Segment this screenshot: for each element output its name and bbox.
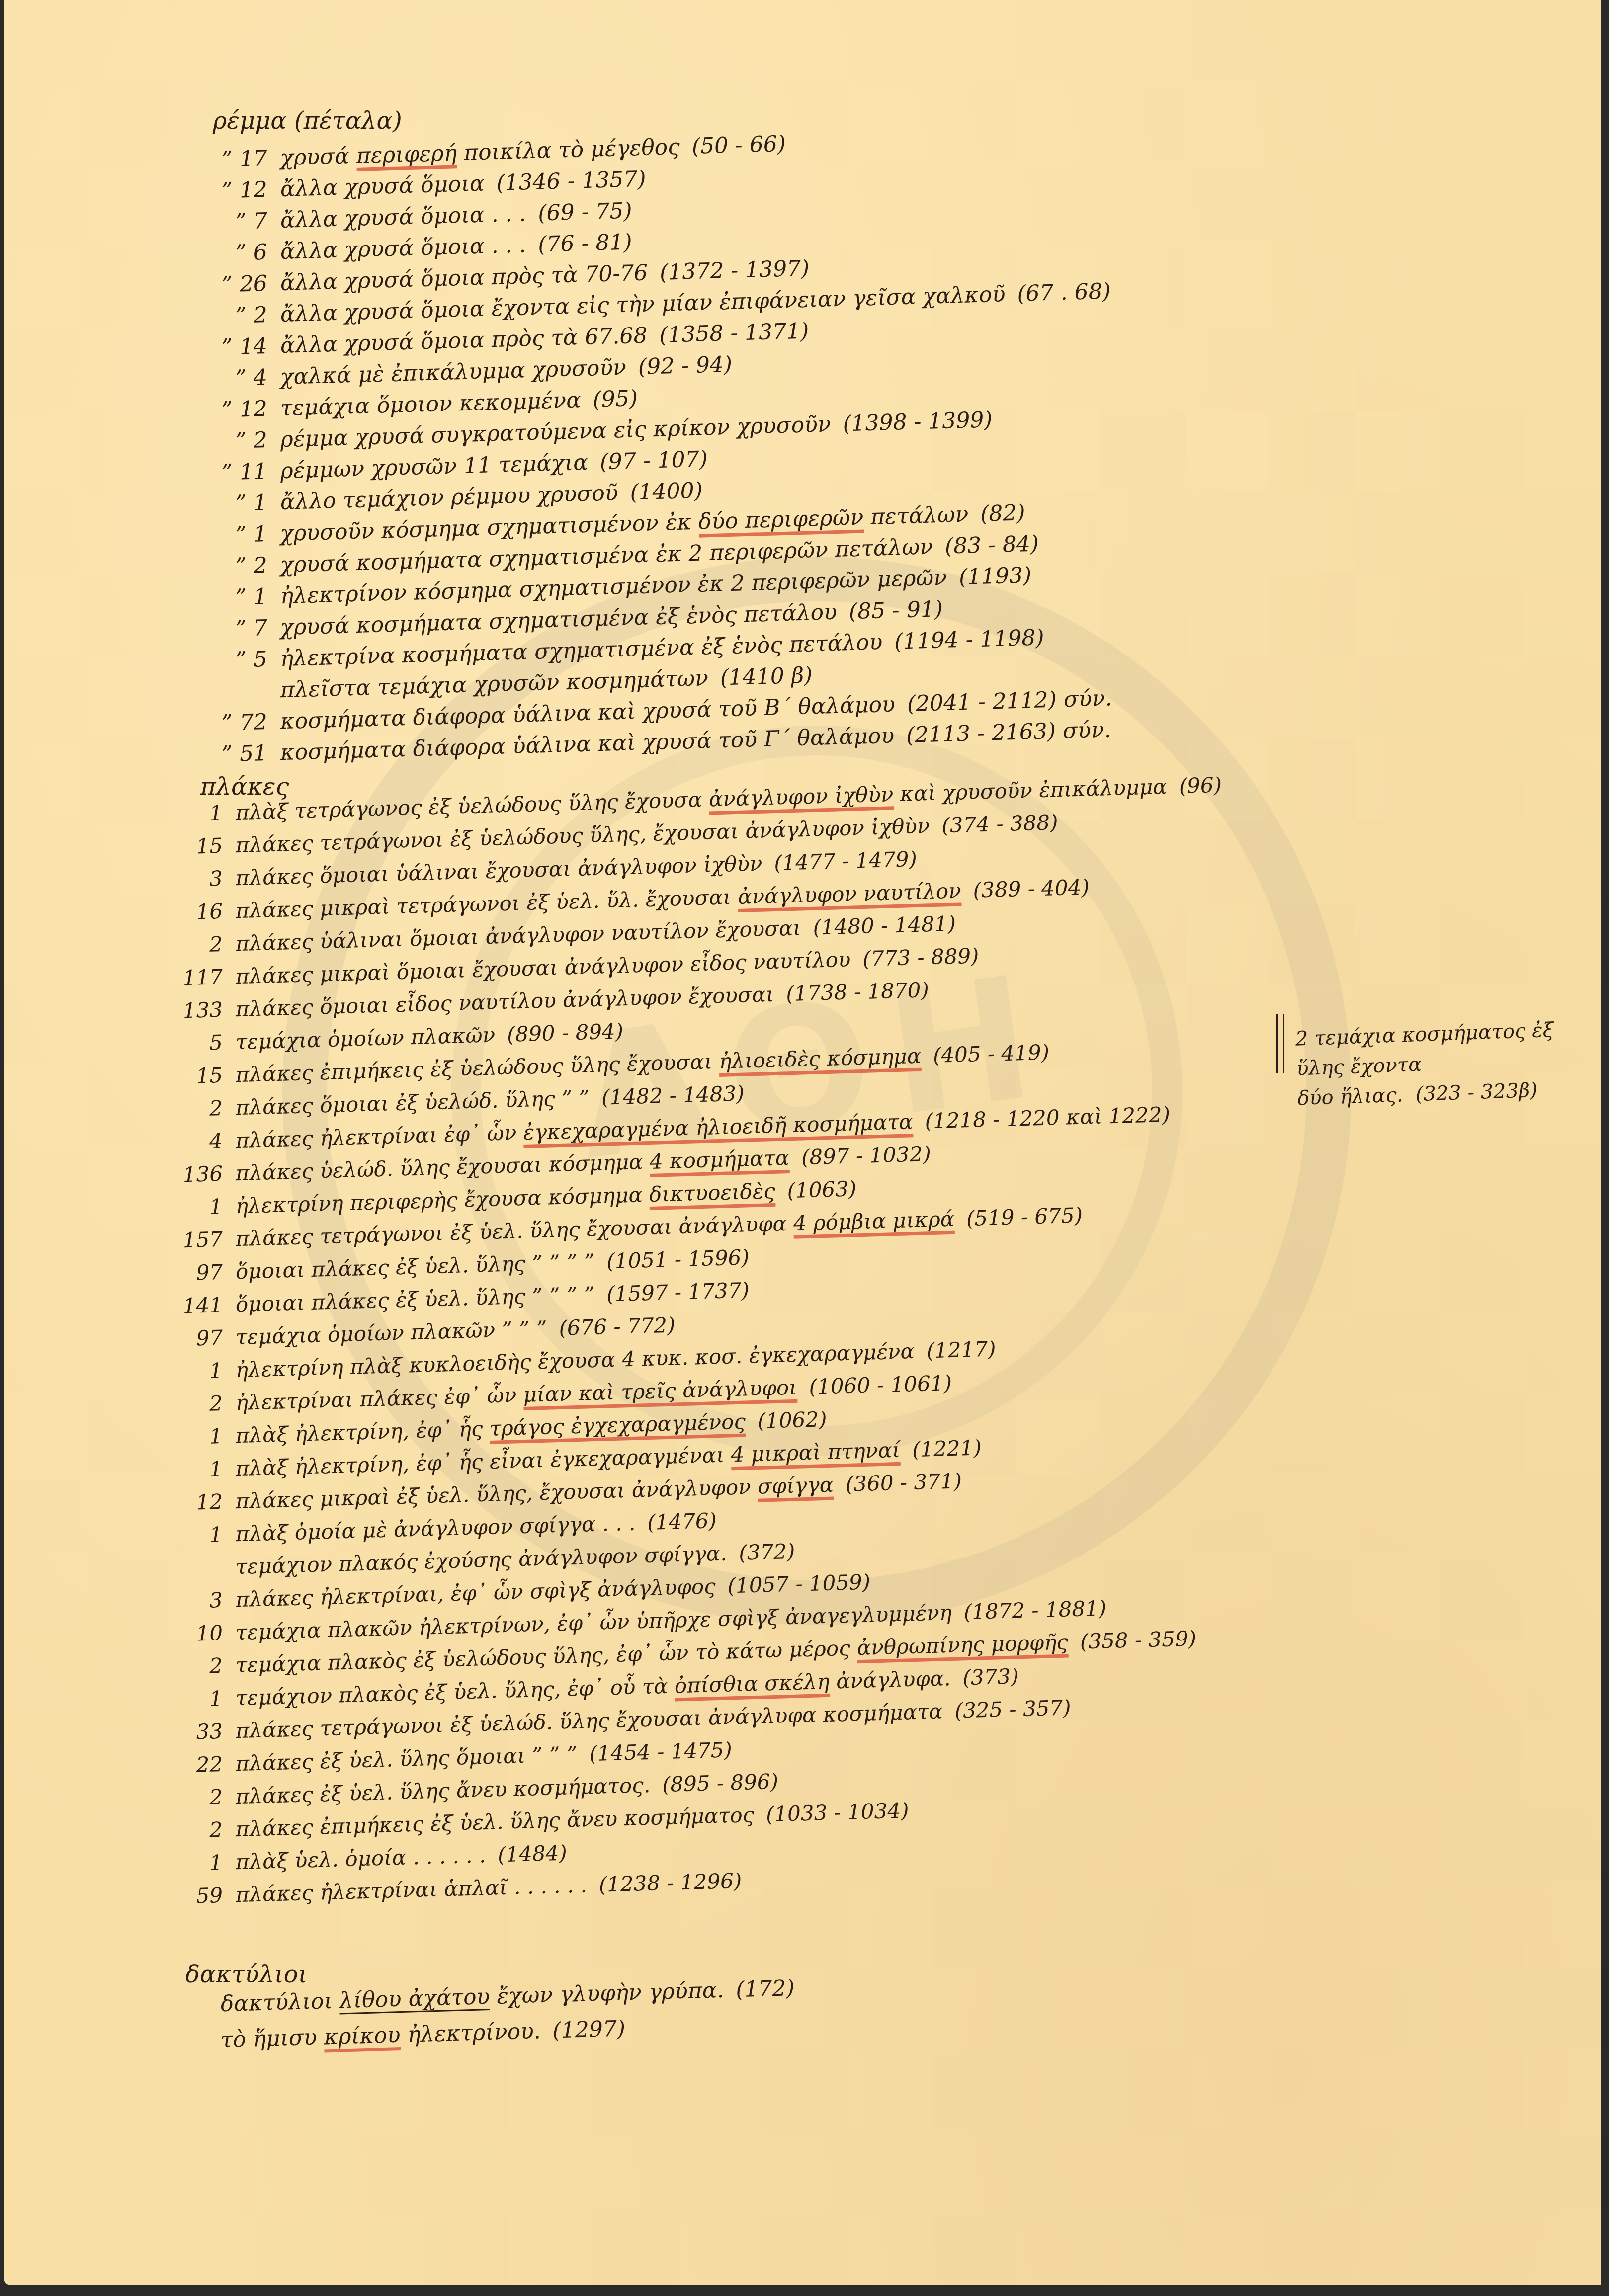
item-count: 2 <box>168 1098 223 1120</box>
list-item: ” 6ἄλλα χρυσά ὅμοια . . .(76 - 81) <box>212 231 632 265</box>
item-description: πλάκες ἐπιμήκεις ἐξ ὑελ. ὕλης ἄνευ κοσμή… <box>235 1803 755 1841</box>
item-count: ” 14 <box>212 335 267 359</box>
item-count: ” 2 <box>212 555 267 578</box>
catalog-range: (172) <box>736 1975 795 2002</box>
catalog-range: (773 - 889) <box>862 943 979 971</box>
catalog-range: (890 - 894) <box>507 1019 623 1047</box>
list-item: 22πλάκες ἐξ ὑελ. ὕλης ὅμοιαι ” ” ”(1454 … <box>168 1739 732 1776</box>
catalog-range: (360 - 371) <box>845 1469 962 1496</box>
item-count: 1 <box>168 1852 223 1875</box>
item-count: 97 <box>168 1262 223 1284</box>
item-description: ἄλλο τεμάχιον ρέμμου χρυσοῦ <box>280 480 618 515</box>
item-count: ” 7 <box>212 617 267 641</box>
item-count: 2 <box>168 1787 223 1809</box>
catalog-range: (519 - 675) <box>966 1203 1083 1231</box>
catalog-range: (358 - 359) <box>1080 1626 1196 1654</box>
catalog-range: (1480 - 1481) <box>813 911 956 940</box>
catalog-range: (895 - 896) <box>662 1769 778 1797</box>
item-count: 1 <box>168 1426 223 1448</box>
catalog-range: (1194 - 1198) <box>894 625 1044 654</box>
item-count: ” 1 <box>212 586 267 609</box>
item-count: 4 <box>168 1131 223 1153</box>
item-count: 157 <box>168 1229 223 1251</box>
catalog-range: (96) <box>1179 773 1222 798</box>
item-count: 2 <box>168 1655 223 1678</box>
catalog-range: (69 - 75) <box>538 198 633 226</box>
catalog-range: (1398 - 1399) <box>843 407 993 436</box>
catalog-range: (389 - 404) <box>973 875 1090 902</box>
item-count: 133 <box>168 999 223 1022</box>
underlined-phrase: σφίγγα <box>757 1473 834 1499</box>
underlined-phrase: ἀνθρωπίνης μορφῆς <box>856 1630 1068 1660</box>
underlined-phrase: 4 κοσμήματα <box>649 1146 790 1174</box>
item-count: 2 <box>168 1393 223 1415</box>
item-count: 1 <box>168 1196 223 1219</box>
item-count: ” 17 <box>212 148 267 171</box>
list-item: 59πλάκες ἠλεκτρίναι ἁπλαῖ . . . . . .(12… <box>168 1871 742 1907</box>
item-count: 1 <box>168 803 223 825</box>
list-item: τὸ ἥμισυ κρίκου ἠλεκτρίνου.(1297) <box>153 2018 625 2053</box>
catalog-range: (1060 - 1061) <box>809 1371 952 1399</box>
scan-bottom-edge <box>0 2285 1609 2296</box>
item-count: 16 <box>168 901 223 923</box>
catalog-range: (1063) <box>787 1176 857 1203</box>
item-count: 22 <box>168 1754 223 1776</box>
section-title-daktylioi: δακτύλιοι <box>185 1961 307 1988</box>
underlined-phrase: 4 ρόμβια μικρά <box>793 1207 954 1235</box>
item-count: 3 <box>168 1590 223 1612</box>
item-count <box>153 2012 208 2013</box>
item-count: ” 1 <box>212 492 267 515</box>
item-description: τὸ ἥμισυ κρίκου ἠλεκτρίνου. <box>220 2018 541 2052</box>
catalog-range: (1872 - 1881) <box>963 1596 1107 1624</box>
list-item: ” 12ἄλλα χρυσά ὅμοια(1346 - 1357) <box>212 168 646 202</box>
underlined-phrase: λίθου ἀχάτου <box>339 1984 490 2013</box>
catalog-range: (76 - 81) <box>538 229 633 257</box>
catalog-range: (374 - 388) <box>941 810 1058 838</box>
catalog-range: (325 - 357) <box>954 1695 1071 1723</box>
item-description: ἄλλα χρυσά ὅμοια πρὸς τὰ 67.68 <box>280 323 648 359</box>
catalog-range: (67 . 68) <box>1017 279 1111 307</box>
list-item: ” 4χαλκά μὲ ἐπικάλυμμα χρυσοῦν(92 - 94) <box>212 354 732 390</box>
catalog-range: (1482 - 1483) <box>601 1081 745 1110</box>
list-item: ” 7ἄλλα χρυσά ὅμοια . . .(69 - 75) <box>212 200 632 234</box>
item-count: 15 <box>168 1065 223 1087</box>
catalog-range: (1217) <box>926 1336 996 1363</box>
catalog-range: (1057 - 1059) <box>727 1570 871 1598</box>
catalog-range: (1033 - 1034) <box>765 1798 909 1826</box>
catalog-range: (1062) <box>757 1407 827 1433</box>
item-count: ” 12 <box>212 179 267 202</box>
catalog-range: (1372 - 1397) <box>659 255 809 285</box>
catalog-range: (676 - 772) <box>559 1313 676 1341</box>
item-count: 3 <box>168 868 223 891</box>
catalog-range: (1051 - 1596) <box>606 1245 750 1273</box>
item-description: ἄλλα χρυσά ὅμοια . . . <box>280 201 526 233</box>
item-description: ἄλλα χρυσά ὅμοια πρὸς τὰ 70-76 <box>280 260 648 296</box>
underlined-phrase: ἀνάγλυφον ἰχθὺν <box>708 782 894 811</box>
catalog-range: (1238 - 1296) <box>598 1869 742 1897</box>
item-count: 117 <box>168 967 223 989</box>
item-count: 1 <box>168 1524 223 1547</box>
side-note: 2 τεμάχια κοσμήματος ἐξ ὕλης ἔχοντα δύο … <box>1295 1013 1602 1113</box>
item-count <box>168 1574 223 1576</box>
underlined-phrase: κρίκου <box>324 2022 401 2050</box>
catalog-range: (82) <box>980 500 1026 527</box>
item-count <box>153 2048 208 2049</box>
item-count: ” 5 <box>212 649 267 672</box>
item-count: 59 <box>168 1885 223 1907</box>
catalog-range: (1193) <box>958 563 1032 590</box>
catalog-range: (1400) <box>630 478 703 505</box>
item-count: ” 11 <box>212 461 267 484</box>
underlined-phrase: περιφερή <box>356 140 457 168</box>
item-description: ρέμμων χρυσῶν 11 τεμάχια <box>280 450 588 484</box>
item-count: ” 2 <box>212 304 267 328</box>
item-description: τεμάχια ὅμοιον κεκομμένα <box>280 387 581 421</box>
item-description: πλάκες ἐξ ὑελ. ὕλης ὅμοιαι ” ” ” <box>235 1742 578 1776</box>
catalog-range: (85 - 91) <box>848 596 943 624</box>
catalog-range: (405 - 419) <box>932 1040 1049 1067</box>
item-count: 97 <box>168 1327 223 1350</box>
item-count: ” 12 <box>212 398 267 421</box>
catalog-range: (92 - 94) <box>638 352 733 380</box>
underlined-phrase: ὀπίσθια σκέλη <box>674 1669 830 1698</box>
catalog-range: (1477 - 1479) <box>774 847 918 875</box>
item-count: 2 <box>168 934 223 956</box>
item-count: 141 <box>168 1295 223 1317</box>
catalog-range: (97 - 107) <box>599 446 708 475</box>
list-item: 1πλὰξ ὑελ. ὁμοία . . . . . .(1484) <box>168 1843 567 1875</box>
catalog-range: (50 - 66) <box>691 131 786 159</box>
item-description: πλάκες ἠλεκτρίναι, ἐφ᾽ ὧν σφὶγξ ἀνάγλυφο… <box>235 1574 716 1612</box>
item-description: πλάκες ἠλεκτρίναι ἁπλαῖ . . . . . . <box>235 1873 587 1907</box>
side-note-bracket <box>1276 1014 1284 1073</box>
catalog-range: (1597 - 1737) <box>606 1278 750 1306</box>
underlined-phrase: δύο περιφερῶν <box>698 504 864 534</box>
catalog-range: (1410 β) <box>720 662 813 690</box>
item-count: 15 <box>168 835 223 858</box>
item-count: ” 2 <box>212 429 267 453</box>
item-count: ” 1 <box>212 523 267 547</box>
list-item: 2πλάκες ἐξ ὑελ. ὕλης ἄνευ κοσμήματος.(89… <box>168 1771 778 1809</box>
catalog-range: (1484) <box>497 1841 567 1867</box>
side-note-ref: (323 - 323β) <box>1415 1079 1538 1106</box>
item-count <box>213 698 267 699</box>
manuscript-page: ΑΘΗ ρέμμα (πέταλα) ” 17χρυσά περιφερή πο… <box>4 0 1601 2285</box>
section-title-plakes: πλάκες <box>200 773 289 801</box>
item-count: ” 26 <box>212 273 267 296</box>
item-count: 12 <box>168 1491 223 1514</box>
item-description: πλὰξ ὑελ. ὁμοία . . . . . . <box>235 1843 486 1874</box>
item-description: ἄλλα χρυσά ὅμοια . . . <box>280 232 526 264</box>
catalog-range: (1297) <box>552 2016 626 2043</box>
list-item: ” 17χρυσά περιφερή ποικίλα τὸ μέγεθος(50… <box>212 133 786 171</box>
catalog-range: (372) <box>739 1539 795 1565</box>
item-count: 1 <box>168 1688 223 1711</box>
item-description: πλάκες ἐξ ὑελ. ὕλης ἄνευ κοσμήματος. <box>235 1773 651 1808</box>
item-count: 1 <box>168 1360 223 1383</box>
list-item: ” 11ρέμμων χρυσῶν 11 τεμάχια(97 - 107) <box>212 448 708 484</box>
item-description: χρυσά περιφερή ποικίλα τὸ μέγεθος <box>280 134 680 170</box>
item-count: ” 4 <box>212 367 267 390</box>
underlined-phrase: 4 μικραὶ πτηναί <box>731 1438 901 1467</box>
item-count: 136 <box>168 1163 223 1186</box>
item-description: ἄλλα χρυσά ὅμοια <box>280 171 485 202</box>
catalog-range: (1358 - 1371) <box>659 319 809 348</box>
catalog-range: (83 - 84) <box>944 531 1039 559</box>
page-title: ρέμμα (πέταλα) <box>213 107 402 135</box>
catalog-range: (1454 - 1475) <box>589 1737 733 1766</box>
catalog-range: (897 - 1032) <box>801 1142 931 1169</box>
item-count: 10 <box>168 1623 223 1645</box>
item-count: 33 <box>168 1721 223 1743</box>
list-item: ” 1ἄλλο τεμάχιον ρέμμου χρυσοῦ(1400) <box>212 480 703 515</box>
catalog-range: (1738 - 1870) <box>786 978 930 1006</box>
item-count: 1 <box>168 1459 223 1481</box>
item-count: 5 <box>168 1032 223 1055</box>
catalog-range: (1221) <box>912 1435 982 1462</box>
catalog-range: (1346 - 1357) <box>496 166 646 196</box>
item-count: ” 6 <box>212 242 267 265</box>
item-count: ” 72 <box>212 711 267 735</box>
catalog-range: (1476) <box>647 1508 717 1535</box>
underlined-phrase: δικτυοειδὲς <box>649 1179 775 1207</box>
side-note-line1: 2 τεμάχια κοσμήματος ἐξ ὕλης ἔχοντα <box>1295 1013 1601 1083</box>
item-count: ” 7 <box>212 210 267 234</box>
item-count: 2 <box>168 1819 223 1842</box>
item-description: χαλκά μὲ ἐπικάλυμμα χρυσοῦν <box>280 355 626 390</box>
list-item: ” 12τεμάχια ὅμοιον κεκομμένα(95) <box>212 388 638 421</box>
catalog-range: (373) <box>962 1664 1019 1690</box>
catalog-range: (95) <box>593 386 638 412</box>
item-count: ” 51 <box>212 742 267 766</box>
